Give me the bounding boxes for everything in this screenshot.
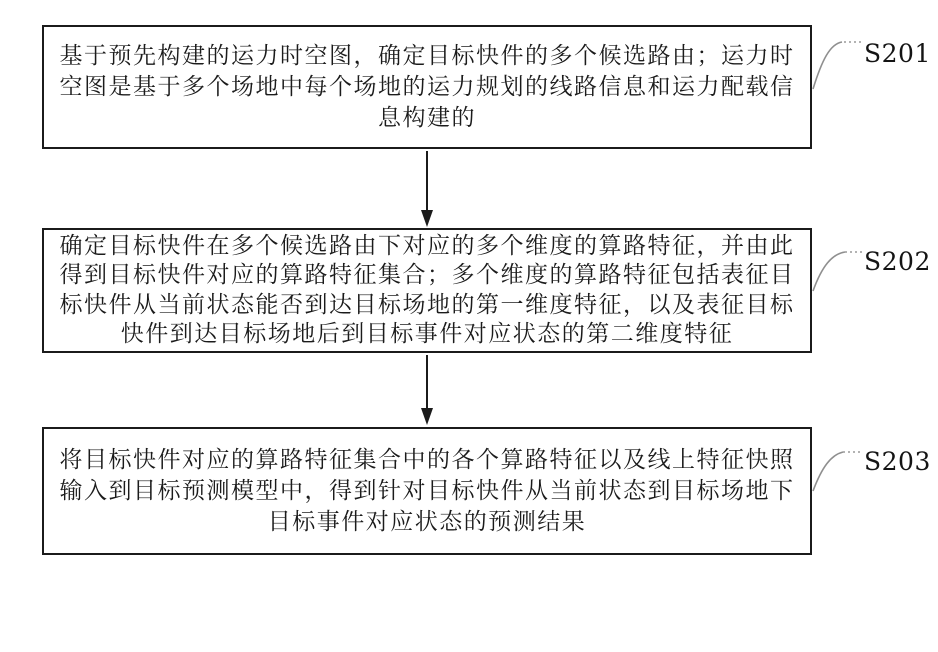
flow-step-box-s201: 基于预先构建的运力时空图，确定目标快件的多个候选路由；运力时 空图是基于多个场地… xyxy=(42,25,812,149)
step-text-line: 输入到目标预测模型中，得到针对目标快件从当前状态到目标场地下 xyxy=(44,476,810,507)
step-text-line: 标快件从当前状态能否到达目标场地的第一维度特征，以及表征目标 xyxy=(44,291,810,321)
step-text-s202: 确定目标快件在多个候选路由下对应的多个维度的算路特征，并由此 得到目标快件对应的… xyxy=(44,232,810,350)
flow-step-box-s203: 将目标快件对应的算路特征集合中的各个算路特征以及线上特征快照 输入到目标预测模型… xyxy=(42,427,812,555)
step-text-s203: 将目标快件对应的算路特征集合中的各个算路特征以及线上特征快照 输入到目标预测模型… xyxy=(44,445,810,538)
step-text-line: 息构建的 xyxy=(44,103,810,134)
patent-flowchart: 基于预先构建的运力时空图，确定目标快件的多个候选路由；运力时 空图是基于多个场地… xyxy=(0,0,938,652)
leader-line-s202 xyxy=(813,252,862,291)
leader-line-s201 xyxy=(813,42,861,89)
flow-step-box-s202: 确定目标快件在多个候选路由下对应的多个维度的算路特征，并由此 得到目标快件对应的… xyxy=(42,228,812,353)
arrowhead-down-icon xyxy=(421,408,433,425)
step-text-line: 基于预先构建的运力时空图，确定目标快件的多个候选路由；运力时 xyxy=(44,41,810,72)
step-text-line: 确定目标快件在多个候选路由下对应的多个维度的算路特征，并由此 xyxy=(44,232,810,262)
flow-arrow-down-1 xyxy=(421,151,433,227)
step-text-line: 快件到达目标场地后到目标事件对应状态的第二维度特征 xyxy=(44,320,810,350)
step-text-line: 空图是基于多个场地中每个场地的运力规划的线路信息和运力配载信 xyxy=(44,72,810,103)
step-text-s201: 基于预先构建的运力时空图，确定目标快件的多个候选路由；运力时 空图是基于多个场地… xyxy=(44,41,810,134)
leader-line-s203 xyxy=(813,452,860,491)
step-text-line: 目标事件对应状态的预测结果 xyxy=(44,507,810,538)
step-label-s201: S201 xyxy=(864,41,931,67)
step-text-line: 得到目标快件对应的算路特征集合；多个维度的算路特征包括表征目 xyxy=(44,261,810,291)
step-label-s203: S203 xyxy=(864,449,931,475)
step-text-line: 将目标快件对应的算路特征集合中的各个算路特征以及线上特征快照 xyxy=(44,445,810,476)
arrowhead-down-icon xyxy=(421,210,433,227)
step-label-s202: S202 xyxy=(864,249,931,275)
flow-arrow-down-2 xyxy=(421,355,433,425)
